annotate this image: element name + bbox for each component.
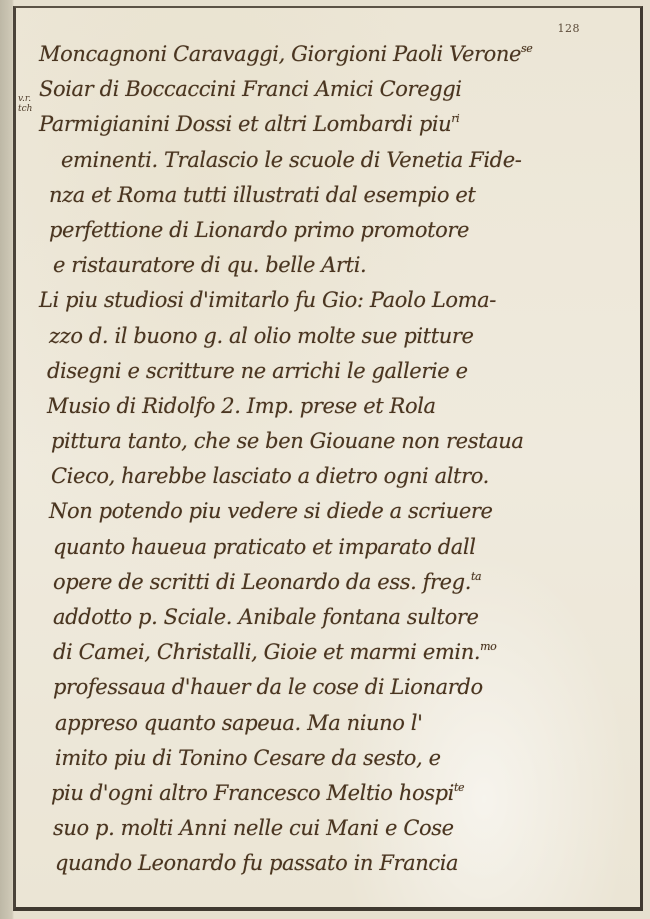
page-number: 128 bbox=[558, 22, 581, 35]
text-line: opere de scritti di Leonardo da ess. fre… bbox=[39, 565, 629, 600]
text-line: Parmigianini Dossi et altri Lombardi piu… bbox=[39, 107, 629, 142]
text-line: Non potendo piu vedere si diede a scriue… bbox=[39, 494, 629, 529]
text-line: Musio di Ridolfo 2. Imp. prese et Rola bbox=[39, 389, 629, 424]
text-line: appreso quanto sapeua. Ma niuno l' bbox=[39, 706, 629, 741]
text-line: addotto p. Sciale. Anibale fontana sulto… bbox=[39, 600, 629, 635]
text-line: imito piu di Tonino Cesare da sesto, e bbox=[39, 741, 629, 776]
handwritten-text-block: Moncagnoni Caravaggi, Giorgioni Paoli Ve… bbox=[39, 37, 629, 882]
text-line: quando Leonardo fu passato in Francia bbox=[39, 846, 629, 881]
text-line: Moncagnoni Caravaggi, Giorgioni Paoli Ve… bbox=[39, 37, 629, 72]
text-line: pittura tanto, che se ben Giouane non re… bbox=[39, 424, 629, 459]
text-line: piu d'ogni altro Francesco Meltio hospit… bbox=[39, 776, 629, 811]
text-line: suo p. molti Anni nelle cui Mani e Cose bbox=[39, 811, 629, 846]
text-line: Soiar di Boccaccini Franci Amici Coreggi bbox=[39, 72, 629, 107]
text-line: perfettione di Lionardo primo promotore bbox=[39, 213, 629, 248]
text-line: disegni e scritture ne arrichi le galler… bbox=[39, 354, 629, 389]
text-line: zzo d. il buono g. al olio molte sue pit… bbox=[39, 319, 629, 354]
text-line: nza et Roma tutti illustrati dal esempio… bbox=[39, 178, 629, 213]
text-line: e ristauratore di qu. belle Arti. bbox=[39, 248, 629, 283]
text-line: Li piu studiosi d'imitarlo fu Gio: Paolo… bbox=[39, 283, 629, 318]
text-line: eminenti. Tralascio le scuole di Venetia… bbox=[39, 143, 629, 178]
manuscript-page: 128 v.r. tch Moncagnoni Caravaggi, Giorg… bbox=[13, 6, 643, 911]
text-line: di Camei, Christalli, Gioie et marmi emi… bbox=[39, 635, 629, 670]
text-line: professaua d'hauer da le cose di Lionard… bbox=[39, 670, 629, 705]
text-line: quanto haueua praticato et imparato dall bbox=[39, 530, 629, 565]
text-line: Cieco, harebbe lasciato a dietro ogni al… bbox=[39, 459, 629, 494]
